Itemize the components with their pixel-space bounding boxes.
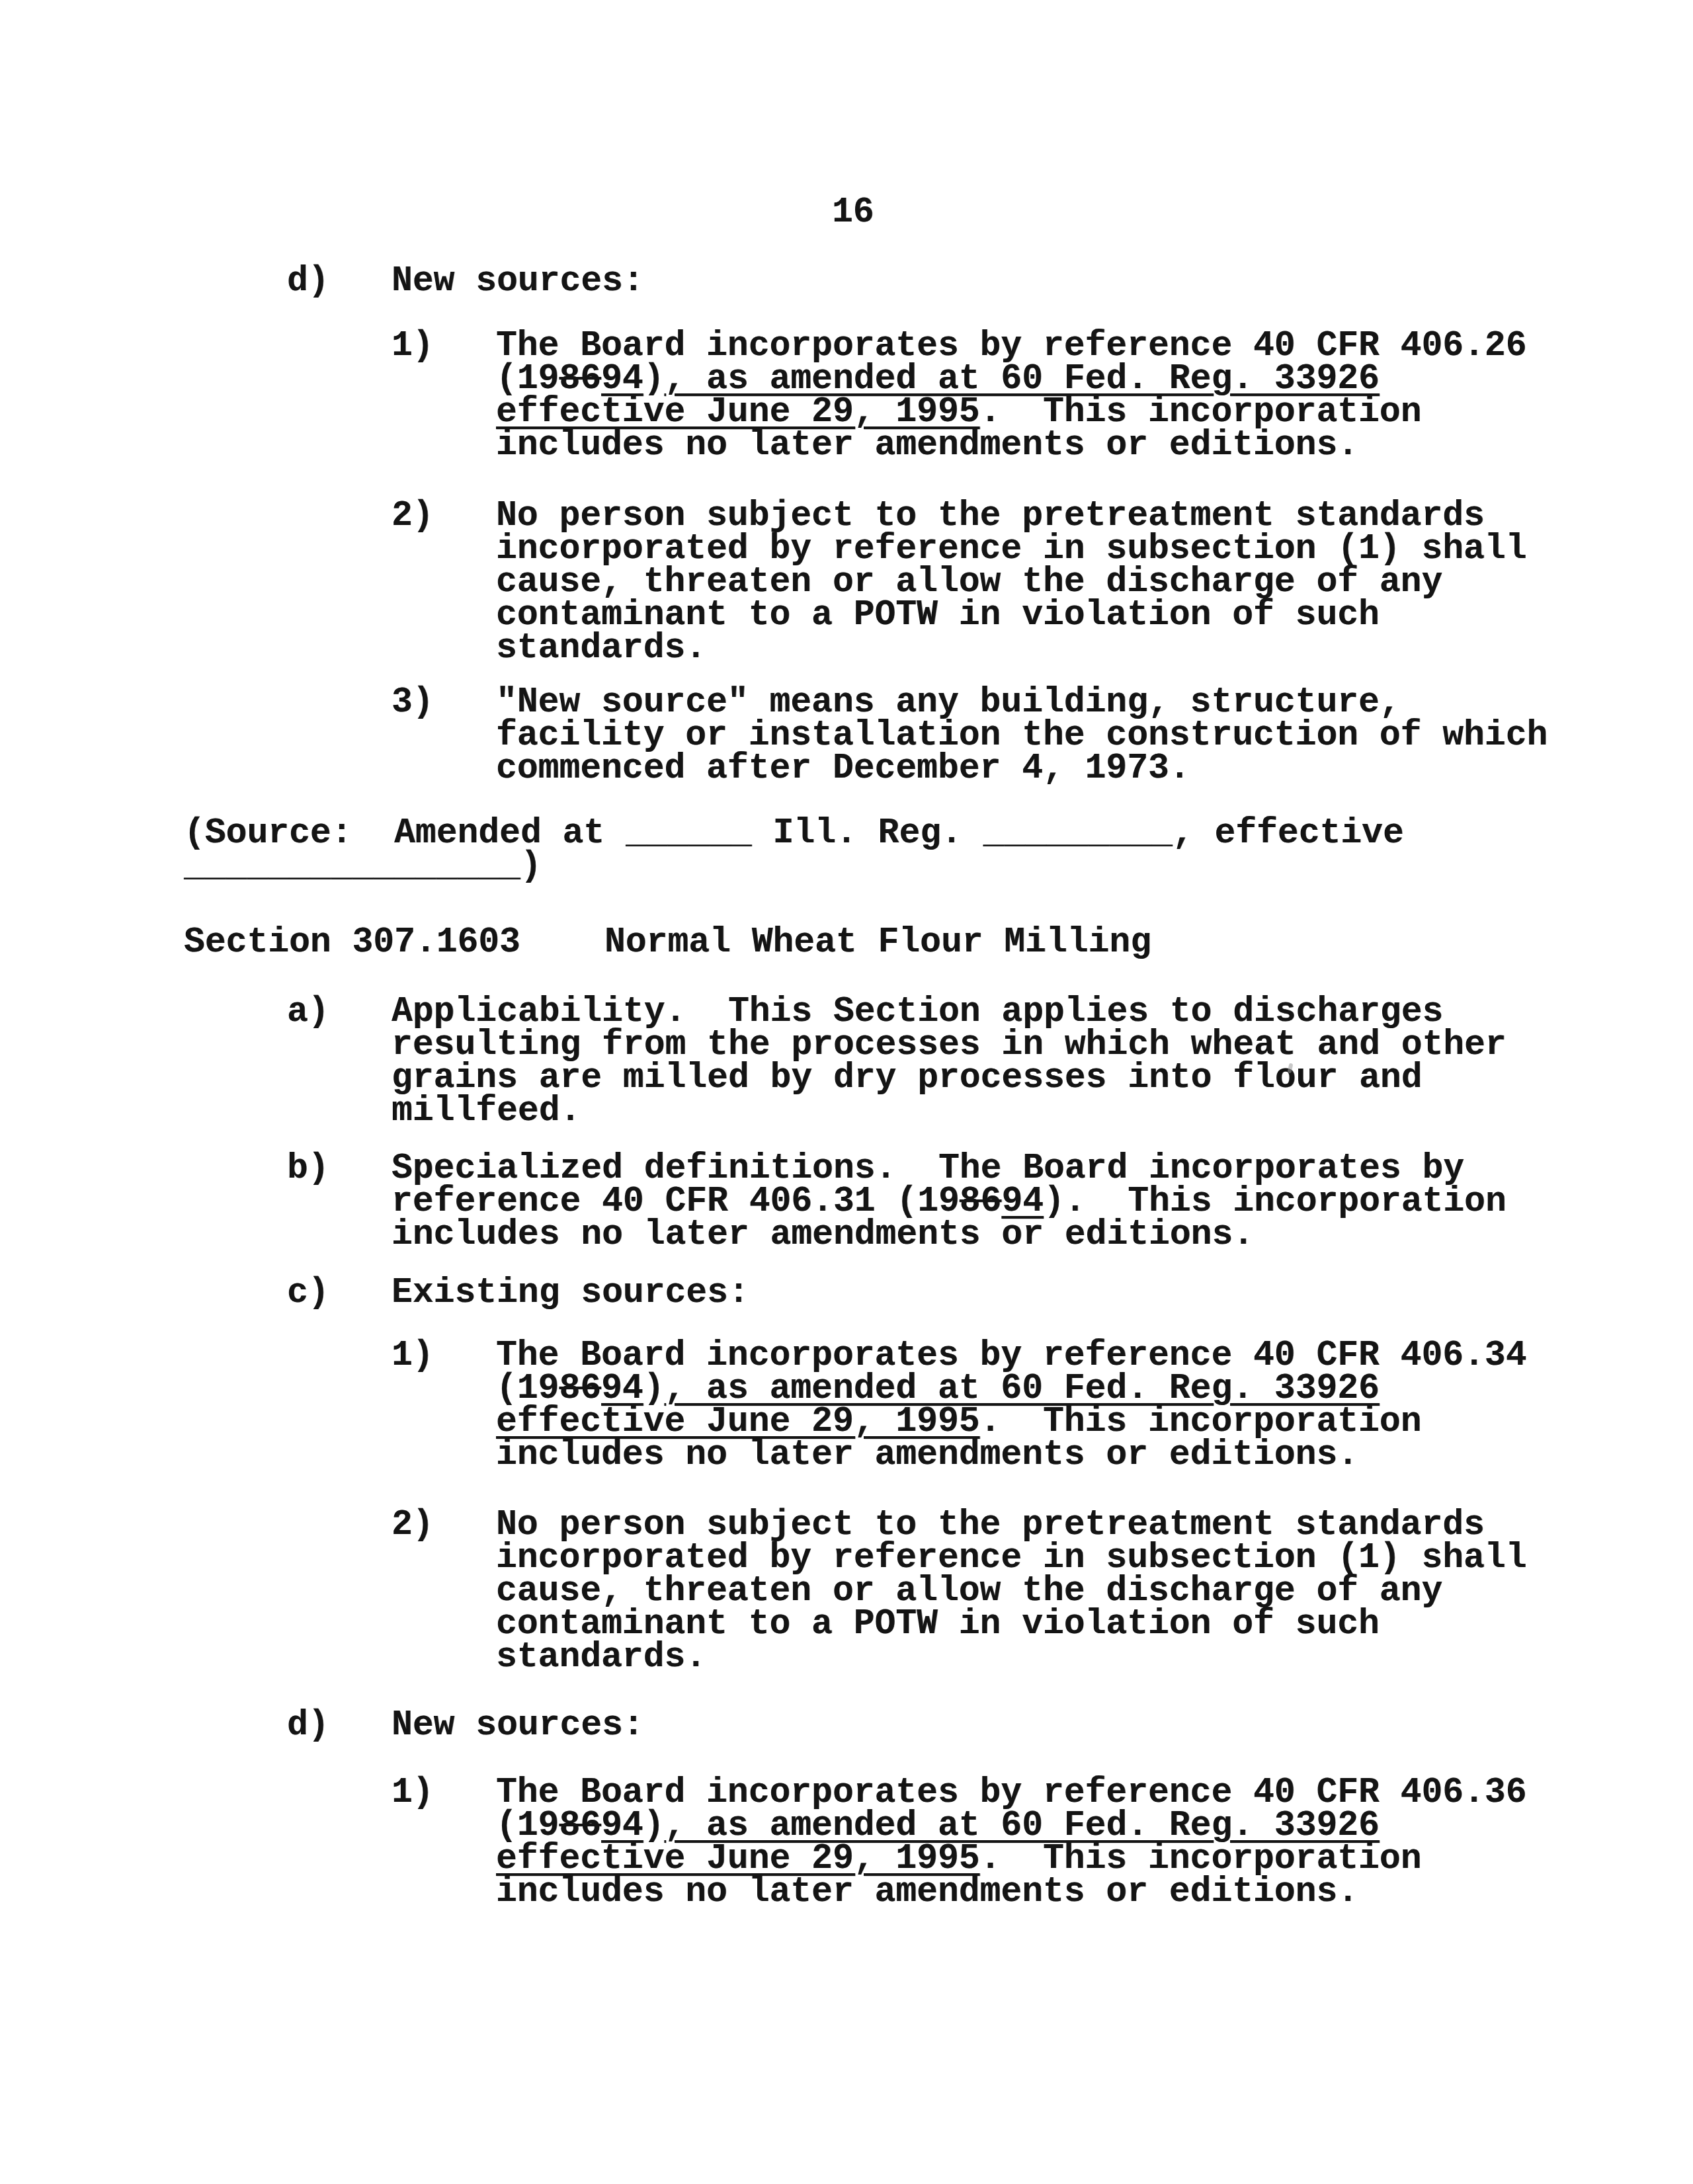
subsection-d-1603-label: d) [287,1709,329,1742]
subsection-a-label: a) [287,995,329,1028]
item-d-1603-1-label: 1) [392,1776,434,1809]
item-d-1-text: The Board incorporates by reference 40 C… [496,329,1526,462]
section-heading-text: Normal Wheat Flour Milling [604,926,1151,959]
subsection-d-text: New sources: [392,264,644,298]
item-c-2-text: No person subject to the pretreatment st… [496,1508,1526,1674]
item-d-2-label: 2) [392,499,434,532]
subsection-d-label: d) [287,264,329,298]
document-page: 16 d)New sources:1)The Board incorporate… [0,0,1693,2184]
page-number: 16 [832,196,874,229]
item-c-1-text: The Board incorporates by reference 40 C… [496,1339,1526,1471]
subsection-d-1603-text: New sources: [392,1709,644,1742]
item-c-1-label: 1) [392,1339,434,1372]
subsection-c-label: c) [287,1276,329,1309]
item-c-2-label: 2) [392,1508,434,1541]
subsection-a-text: Applicability. This Section applies to d… [392,995,1507,1127]
item-d-3-label: 3) [392,686,434,719]
item-d-1-label: 1) [392,329,434,362]
subsection-c-text: Existing sources: [392,1276,749,1309]
subsection-b-text: Specialized definitions. The Board incor… [392,1152,1507,1251]
source-note-text: (Source: Amended at ______ Ill. Reg. ___… [184,817,1404,883]
item-d-2-text: No person subject to the pretreatment st… [496,499,1526,665]
subsection-b-label: b) [287,1152,329,1185]
item-d-3-text: "New source" means any building, structu… [496,686,1548,785]
item-d-1603-1-text: The Board incorporates by reference 40 C… [496,1776,1526,1908]
section-heading-label: Section 307.1603 [184,926,520,959]
